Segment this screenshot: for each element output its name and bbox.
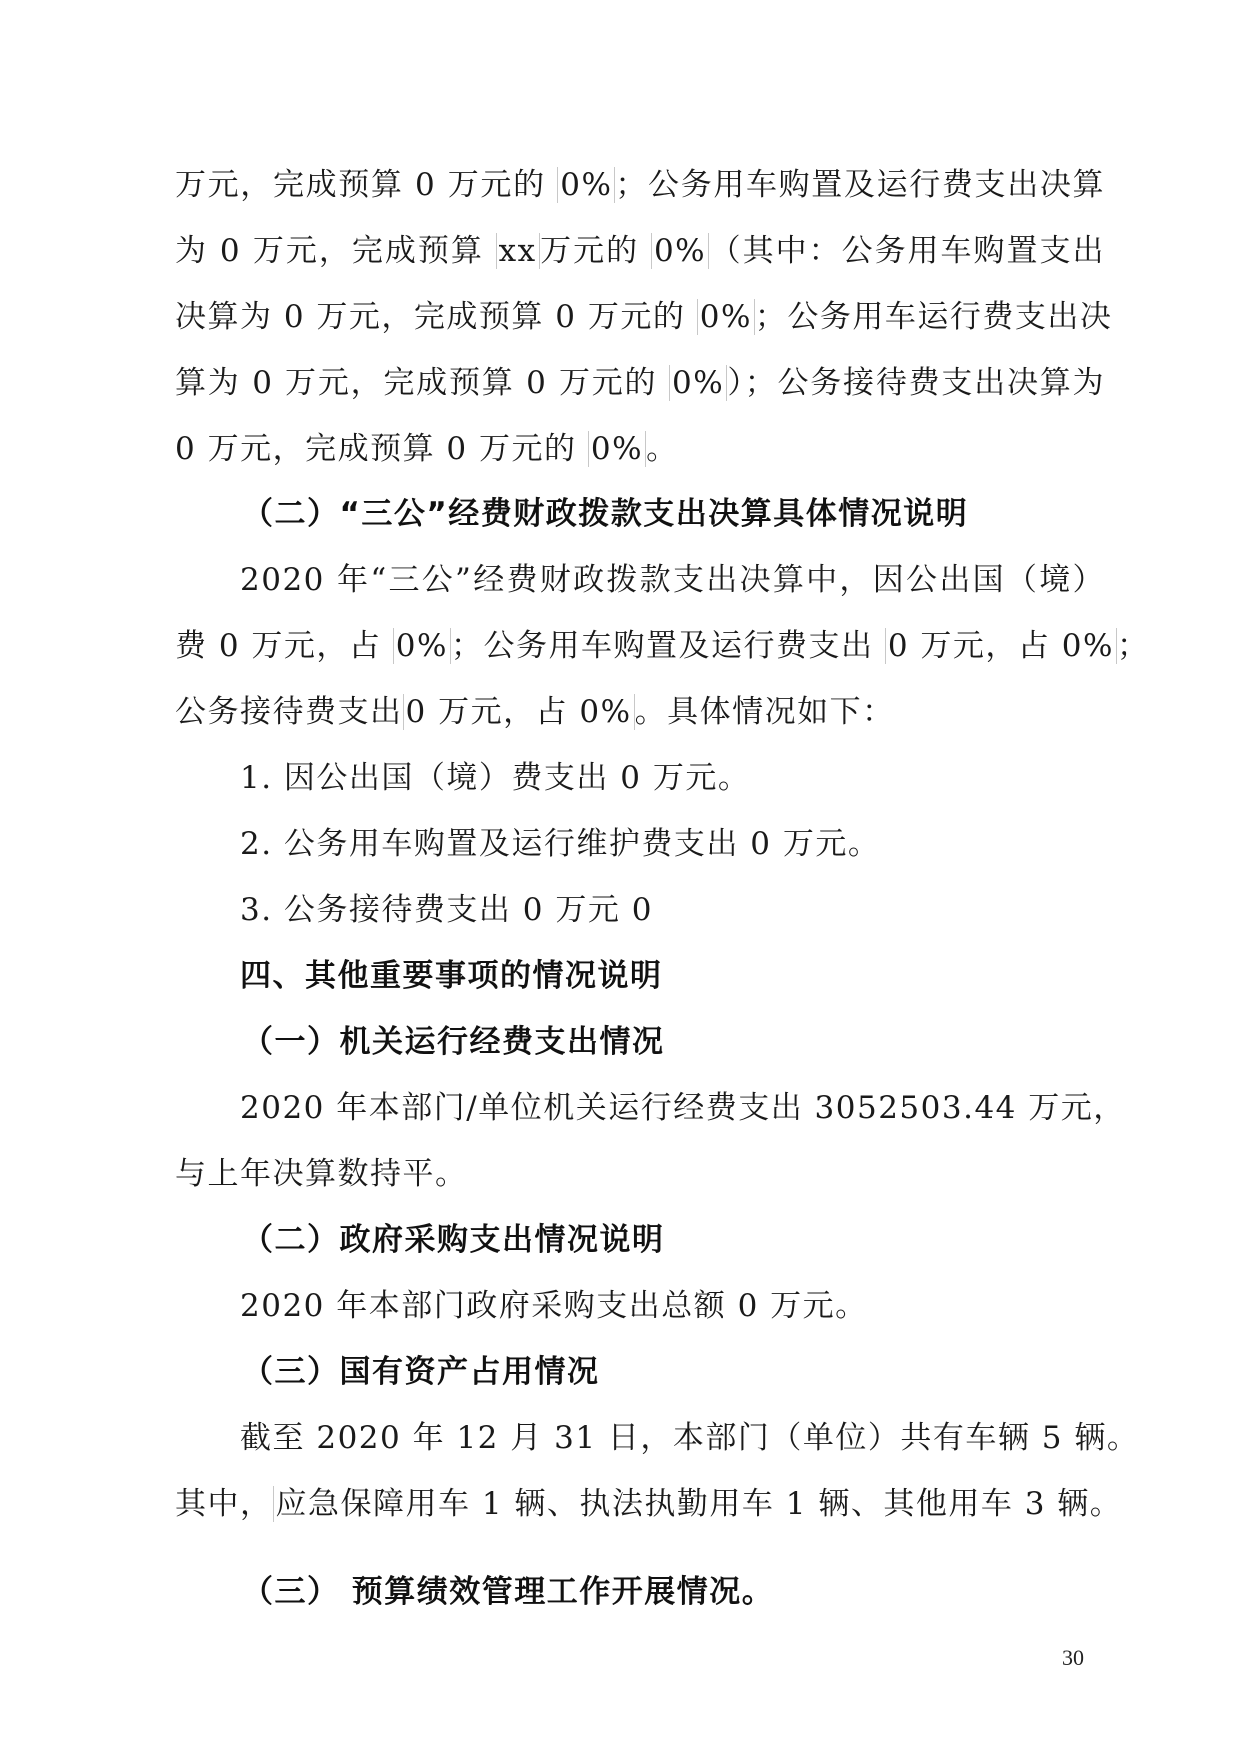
- list-item: 3. 公务接待费支出 0 万元 0: [240, 888, 1105, 932]
- text-segment: 为 0 万元，完成预算: [175, 233, 496, 269]
- text-segment: ）；公务接待费支出决算为: [727, 365, 1105, 401]
- text-segment: 0 万元，完成预算 0 万元的: [175, 431, 588, 467]
- text-segment: ；公务用车运行费支出决: [755, 299, 1113, 335]
- vehicle-breakdown: 应急保障用车 1 辆、执法执勤用车 1 辆、其他用车 3 辆。: [273, 1486, 1123, 1522]
- paragraph-line: 与上年决算数持平。: [175, 1152, 1105, 1196]
- paragraph-line: 费 0 万元，占 0%；公务用车购置及运行费支出 0 万元，占 0%；: [175, 624, 1105, 668]
- list-item: 1. 因公出国（境）费支出 0 万元。: [240, 756, 1105, 800]
- percent-value: 0%: [697, 299, 755, 335]
- subsection-heading: （一）机关运行经费支出情况: [242, 1020, 1172, 1064]
- text-segment: 万元，完成预算 0 万元的: [175, 167, 557, 203]
- section-heading: 四、其他重要事项的情况说明: [240, 954, 1105, 998]
- document-page: 万元，完成预算 0 万元的 0%；公务用车购置及运行费支出决算 为 0 万元，完…: [0, 0, 1240, 1754]
- text-segment: 决算为 0 万元，完成预算 0 万元的: [175, 299, 697, 335]
- percent-value: 0%: [588, 431, 646, 467]
- paragraph-line: 其中，应急保障用车 1 辆、执法执勤用车 1 辆、其他用车 3 辆。: [175, 1482, 1105, 1526]
- amount-share-value: 0 万元，占 0%: [885, 628, 1117, 664]
- paragraph-line: 2020 年“三公”经费财政拨款支出决算中，因公出国（境）: [240, 558, 1105, 602]
- paragraph-line: 算为 0 万元，完成预算 0 万元的 0%）；公务接待费支出决算为: [175, 361, 1105, 405]
- paragraph-line: 截至 2020 年 12 月 31 日，本部门（单位）共有车辆 5 辆。: [240, 1416, 1105, 1460]
- text-segment: （其中：公务用车购置支出: [709, 233, 1105, 269]
- section-heading: （二）“三公”经费财政拨款支出决算具体情况说明: [242, 492, 1172, 536]
- subsection-heading: （二）政府采购支出情况说明: [242, 1218, 1172, 1262]
- paragraph-line: 公务接待费支出0 万元，占 0%。具体情况如下：: [175, 690, 1105, 734]
- page-number: 30: [1062, 1645, 1084, 1671]
- paragraph-line: 0 万元，完成预算 0 万元的 0%。: [175, 427, 1105, 471]
- text-segment: 其中，: [175, 1486, 273, 1522]
- percent-value: 0%: [651, 233, 709, 269]
- subsection-heading: （三） 预算绩效管理工作开展情况。: [242, 1570, 1172, 1614]
- text-segment: 万元的: [540, 233, 651, 269]
- percent-value: 0%: [557, 167, 615, 203]
- text-segment: 。: [646, 431, 679, 467]
- percent-value: 0%: [393, 628, 451, 664]
- text-segment: ；: [1117, 628, 1150, 664]
- text-segment: 算为 0 万元，完成预算 0 万元的: [175, 365, 669, 401]
- text-segment: ；公务用车购置及运行费支出: [451, 628, 885, 664]
- paragraph-line: 万元，完成预算 0 万元的 0%；公务用车购置及运行费支出决算: [175, 163, 1105, 207]
- text-segment: 费 0 万元，占: [175, 628, 393, 664]
- text-segment: 。具体情况如下：: [635, 694, 895, 730]
- text-segment: ；公务用车购置及运行费支出决算: [615, 167, 1105, 203]
- paragraph-line: 2020 年本部门/单位机关运行经费支出 3052503.44 万元，: [240, 1086, 1105, 1130]
- amount-share-value: 0 万元，占 0%: [403, 694, 635, 730]
- paragraph-line: 决算为 0 万元，完成预算 0 万元的 0%；公务用车运行费支出决: [175, 295, 1105, 339]
- percent-value: 0%: [669, 365, 727, 401]
- text-segment: 公务接待费支出: [175, 694, 403, 730]
- paragraph-line: 为 0 万元，完成预算 xx万元的 0%（其中：公务用车购置支出: [175, 229, 1105, 273]
- list-item: 2. 公务用车购置及运行维护费支出 0 万元。: [240, 822, 1105, 866]
- paragraph-line: 2020 年本部门政府采购支出总额 0 万元。: [240, 1284, 1105, 1328]
- budget-value: xx: [496, 233, 540, 269]
- subsection-heading: （三）国有资产占用情况: [242, 1350, 1172, 1394]
